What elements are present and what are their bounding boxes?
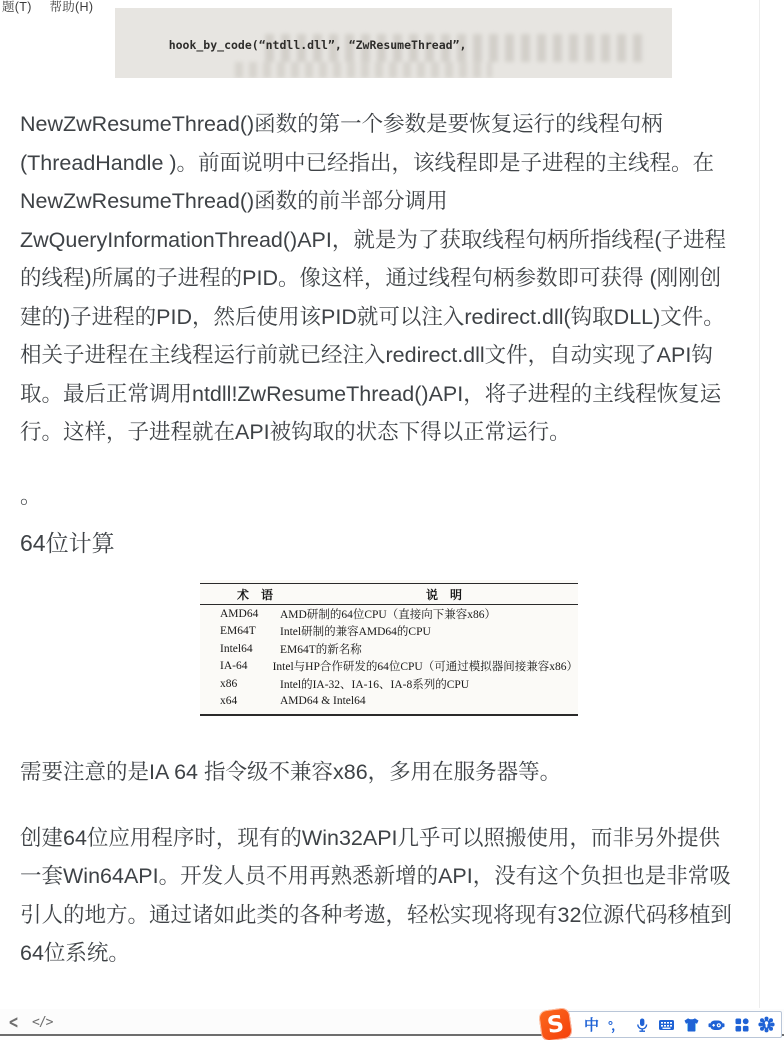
voice-input-icon[interactable] — [629, 1011, 654, 1038]
table-row: x86 Intel的IA-32、IA-16、IA-8系列的CPU — [200, 675, 578, 693]
emoji-robot-icon[interactable] — [704, 1011, 729, 1038]
skin-tshirt-icon[interactable] — [679, 1011, 704, 1038]
sidebar-toggle-icon[interactable]: < — [9, 1010, 18, 1033]
chinese-mode-icon[interactable]: 中 — [579, 1011, 604, 1038]
paragraph-win64-note: 创建64位应用程序时，现有的Win32API几乎可以照搬使用，而非另外提供一套W… — [20, 819, 735, 973]
soft-keyboard-icon[interactable] — [654, 1011, 679, 1038]
toolbox-grid-icon[interactable] — [729, 1011, 754, 1038]
table-cell-desc: EM64T的新名称 — [262, 641, 578, 657]
table-cell-term: EM64T — [200, 625, 262, 637]
table-cell-desc: AMD64 & Intel64 — [262, 695, 578, 707]
table-cell-term: AMD64 — [200, 608, 262, 620]
table-cell-desc: Intel与HP合作研发的64位CPU（可通过模拟器间接兼容x86） — [255, 658, 578, 674]
table-cell-desc: Intel的IA-32、IA-16、IA-8系列的CPU — [262, 676, 578, 692]
typora-window: 题(T) 帮助(H) hook_by_code(“ntdll.dll”, “Zw… — [0, 0, 784, 1040]
activity-badge-icon[interactable] — [754, 1011, 779, 1038]
table-cell-term: x64 — [200, 695, 262, 707]
source-code-mode-icon[interactable]: </> — [32, 1015, 52, 1030]
table-header-term: 术 语 — [200, 586, 310, 603]
table-row: x64 AMD64 & Intel64 — [200, 693, 578, 711]
table-row: AMD64 AMD研制的64位CPU（直接向下兼容x86） — [200, 605, 578, 623]
table-header-desc: 说 明 — [310, 586, 578, 603]
paragraph-hook-explanation: NewZwResumeThread()函数的第一个参数是要恢复运行的线程句柄(T… — [20, 105, 735, 452]
paragraph-ia64-note: 需要注意的是IA 64 指令级不兼容x86，多用在服务器等。 — [20, 753, 735, 792]
punctuation-mode-icon[interactable]: °， — [604, 1011, 629, 1038]
table-cell-term: x86 — [200, 678, 262, 690]
ime-toolbar: S 中 °， — [556, 1011, 782, 1038]
table-row: IA-64 Intel与HP合作研发的64位CPU（可通过模拟器间接兼容x86） — [200, 658, 578, 676]
table-header-row: 术 语 说 明 — [200, 584, 578, 605]
table-row: EM64T Intel研制的兼容AMD64的CPU — [200, 623, 578, 641]
table-cell-term: IA-64 — [200, 660, 255, 672]
table-row: Intel64 EM64T的新名称 — [200, 640, 578, 658]
document-body[interactable]: NewZwResumeThread()函数的第一个参数是要恢复运行的线程句柄(T… — [0, 0, 784, 973]
content-edge-divider — [759, 0, 760, 1008]
terminology-table-image: 术 语 说 明 AMD64 AMD研制的64位CPU（直接向下兼容x86） EM… — [200, 580, 578, 716]
table-cell-desc: AMD研制的64位CPU（直接向下兼容x86） — [262, 606, 578, 622]
paragraph-solo-period: 。 — [20, 477, 735, 516]
section-heading-64bit: 64位计算 — [20, 528, 735, 558]
sogou-logo-icon[interactable]: S — [538, 1007, 573, 1040]
table-cell-term: Intel64 — [200, 643, 262, 655]
table-cell-desc: Intel研制的兼容AMD64的CPU — [262, 623, 578, 639]
